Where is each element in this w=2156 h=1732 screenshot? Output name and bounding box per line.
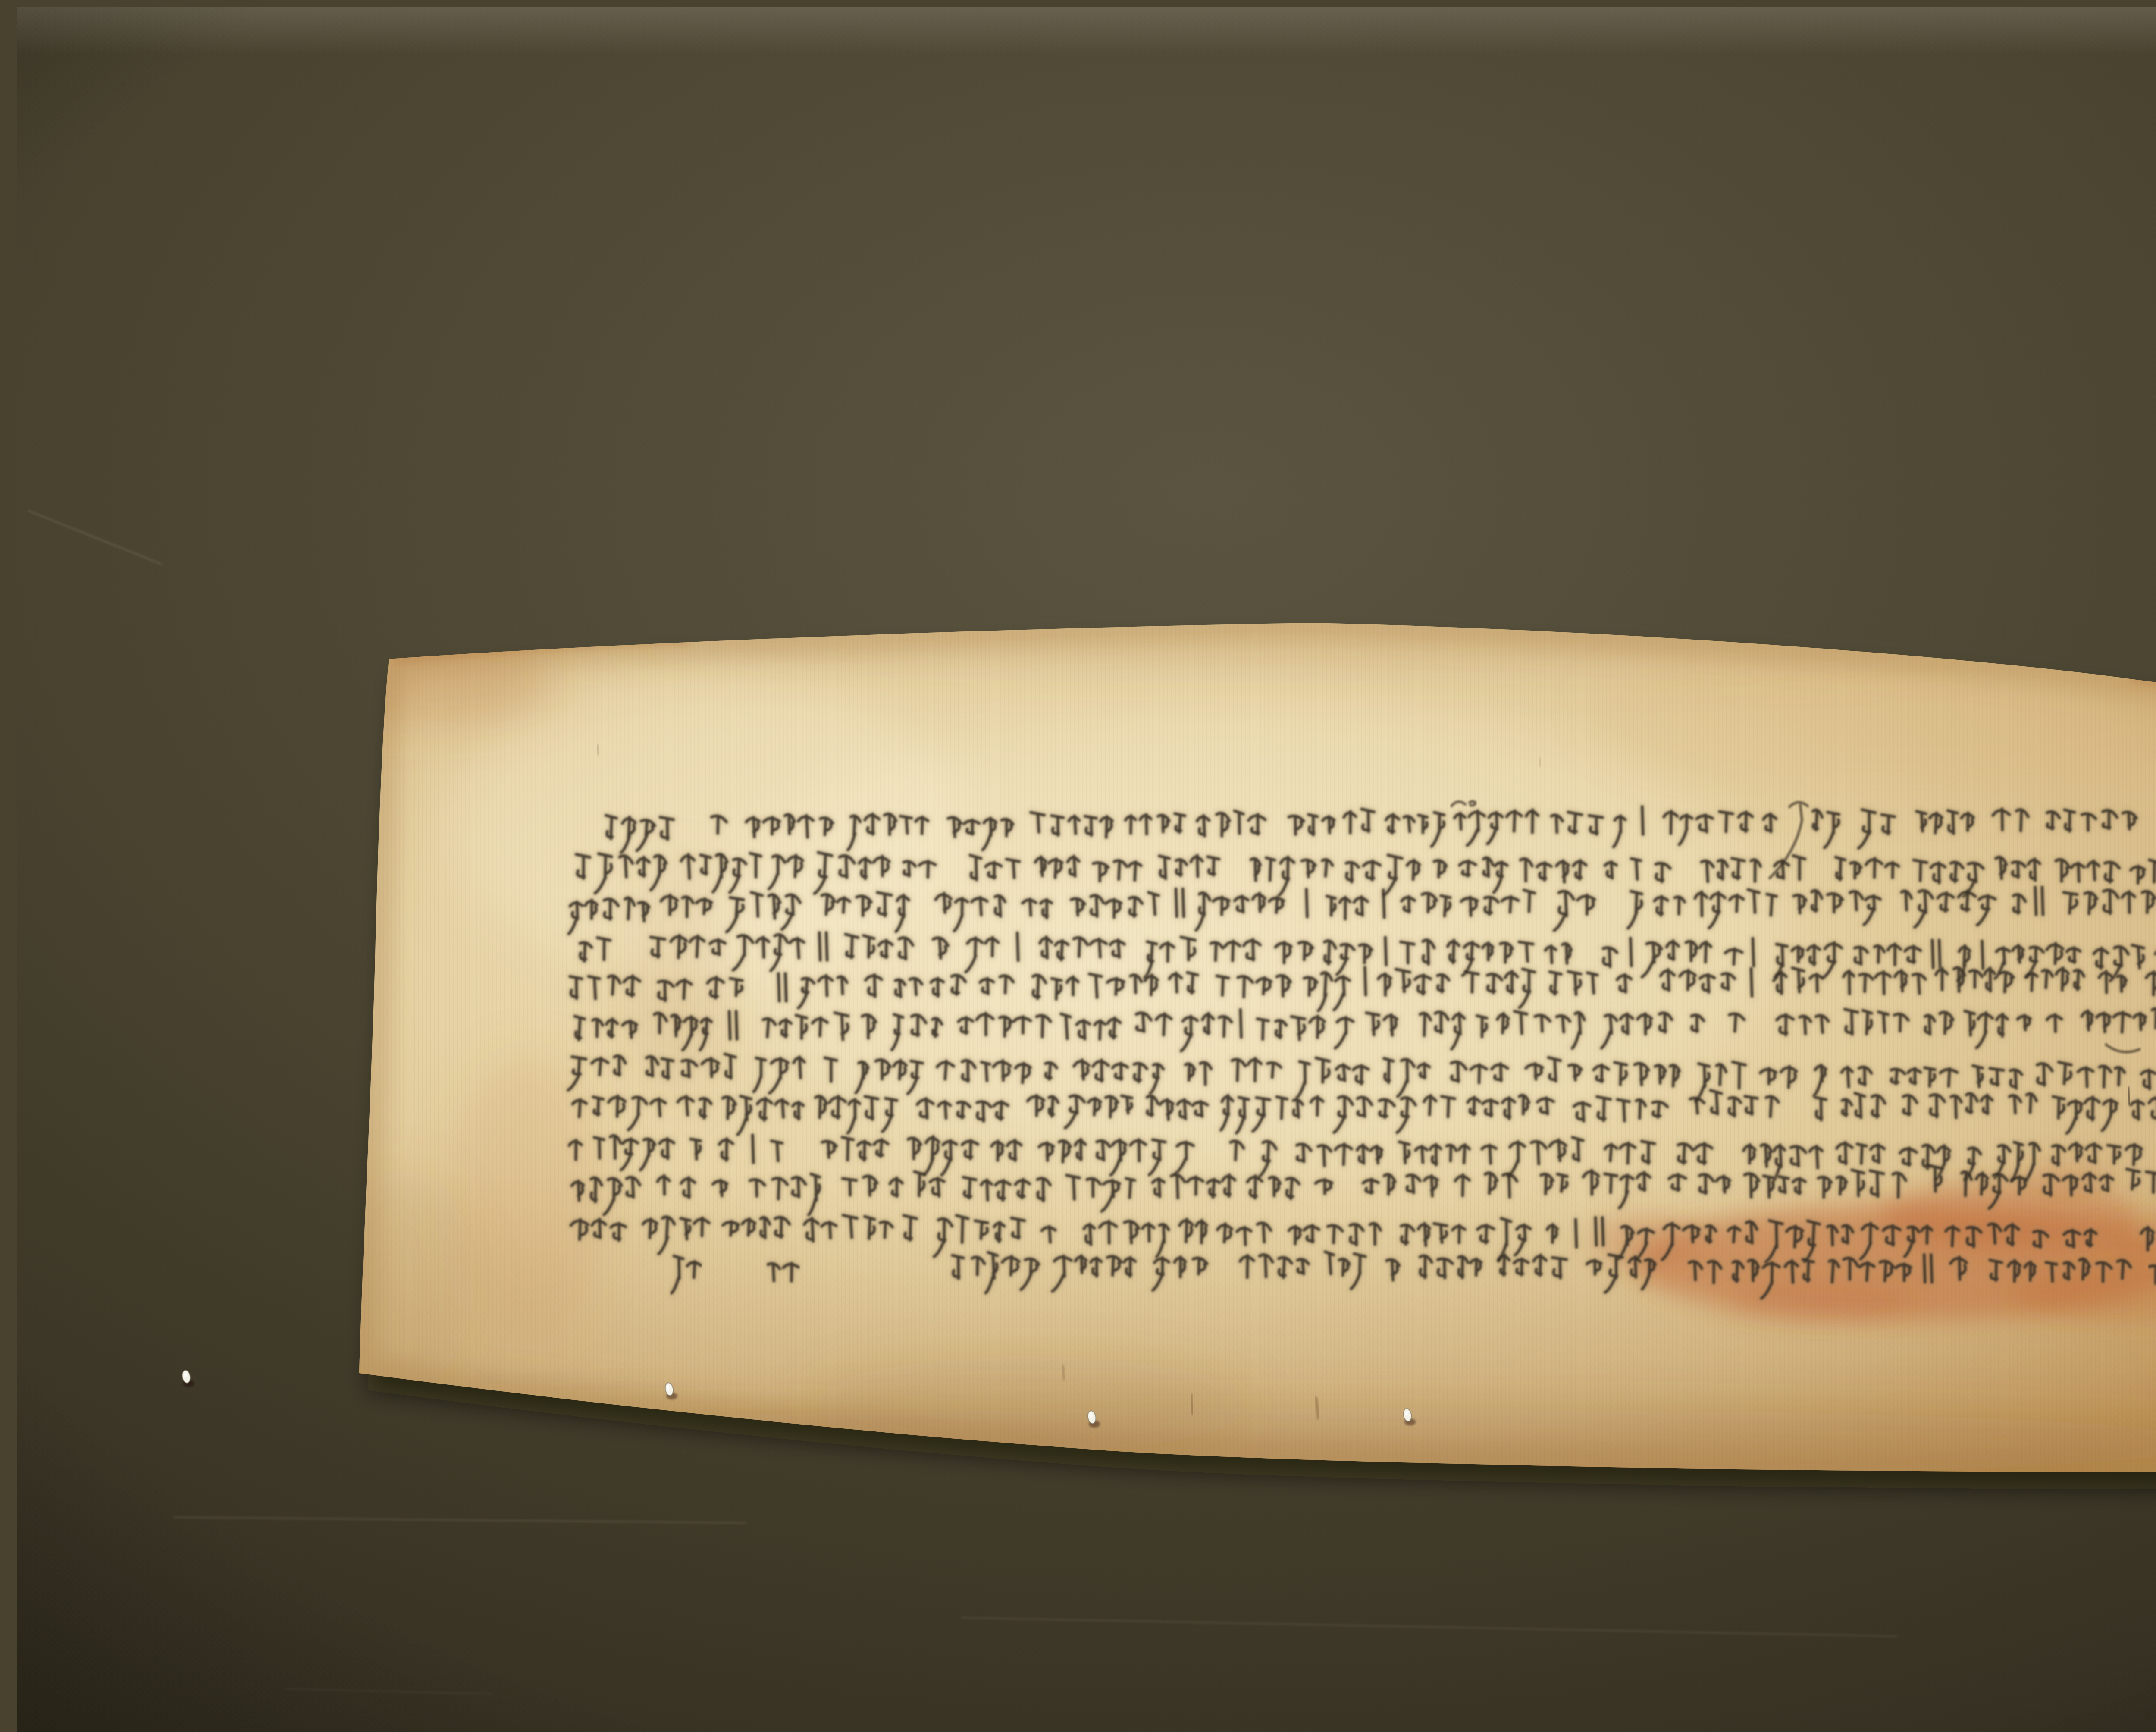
photo-vignette	[17, 7, 2156, 1725]
photo-canvas	[17, 7, 2156, 1725]
manuscript-photo: Photograph of a single aged paper manusc…	[17, 7, 2156, 1725]
